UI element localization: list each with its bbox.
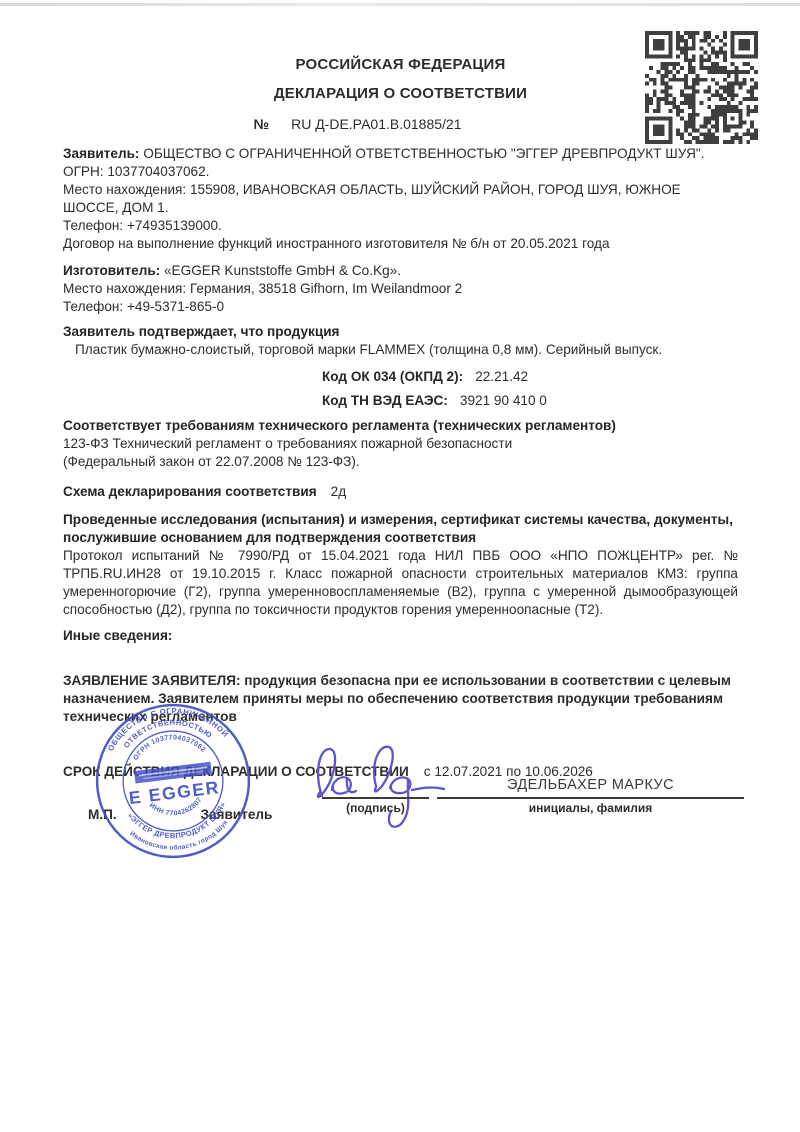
product-description: Пластик бумажно-слоистый, торговой марки… [63, 342, 662, 357]
scheme-value: 2д [331, 484, 347, 499]
evidence-block: Проведенные исследования (испытания) и и… [63, 511, 738, 619]
okpd-code-line: Код ОК 034 (ОКПД 2):22.21.42 [322, 365, 738, 389]
applicant-name: ОБЩЕСТВО С ОГРАНИЧЕННОЙ ОТВЕТСТВЕННОСТЬЮ… [63, 146, 705, 179]
applicant-label: Заявитель: [63, 146, 139, 161]
codes-block: Код ОК 034 (ОКПД 2):22.21.42 Код ТН ВЭД … [63, 365, 738, 413]
declaration-page: РОССИЙСКАЯ ФЕДЕРАЦИЯ ДЕКЛАРАЦИЯ О СООТВЕ… [0, 0, 800, 1132]
compliance-line1: 123-ФЗ Технический регламент о требовани… [63, 436, 512, 451]
okpd-label: Код ОК 034 (ОКПД 2): [322, 369, 463, 384]
product-block: Заявитель подтверждает, что продукция Пл… [63, 323, 738, 359]
okpd-value: 22.21.42 [475, 369, 528, 384]
compliance-line2: (Федеральный закон от 22.07.2008 № 123-Ф… [63, 454, 360, 469]
signer-name: ЭДЕЛЬБАХЕР МАРКУС [437, 777, 744, 793]
tnved-code-line: Код ТН ВЭД ЕАЭС:3921 90 410 0 [322, 389, 738, 413]
product-confirm-label: Заявитель подтверждает, что продукция [63, 324, 339, 339]
manufacturer-name: «EGGER Kunststoffe GmbH & Co.Kg». [164, 263, 401, 278]
name-line [437, 797, 744, 799]
signature-caption: (подпись) [322, 801, 429, 815]
scheme-block: Схема декларирования соответствия2д [63, 483, 738, 501]
number-sign: № [253, 116, 269, 132]
manufacturer-phone: Телефон: +49-5371-865-0 [63, 299, 224, 314]
applicant-phone: Телефон: +74935139000. [63, 218, 222, 233]
compliance-block: Соответствует требованиям технического р… [63, 417, 738, 471]
compliance-heading: Соответствует требованиям технического р… [63, 418, 616, 433]
company-stamp: ОБЩЕСТВО С ОГРАНИЧЕННОЙ ОТВЕТСТВЕННОСТЬЮ… [85, 693, 261, 869]
manufacturer-block: Изготовитель: «EGGER Kunststoffe GmbH & … [63, 262, 738, 316]
applicant-address: Место нахождения: 155908, ИВАНОВСКАЯ ОБЛ… [63, 182, 681, 215]
signature-line [322, 797, 429, 799]
number-value: RU Д-DE.РА01.В.01885/21 [291, 116, 461, 132]
tnved-label: Код ТН ВЭД ЕАЭС: [322, 393, 448, 408]
other-info-block: Иные сведения: [63, 627, 738, 645]
manufacturer-address: Место нахождения: Германия, 38518 Gifhor… [63, 281, 462, 296]
evidence-body: Протокол испытаний № 7990/РД от 15.04.20… [63, 547, 738, 619]
scheme-label: Схема декларирования соответствия [63, 484, 317, 499]
other-info-label: Иные сведения: [63, 628, 172, 643]
applicant-block: Заявитель: ОБЩЕСТВО С ОГРАНИЧЕННОЙ ОТВЕТ… [63, 145, 738, 253]
declaration-number: №RU Д-DE.РА01.В.01885/21 [20, 116, 695, 132]
name-caption: инициалы, фамилия [437, 801, 744, 815]
tnved-value: 3921 90 410 0 [460, 393, 547, 408]
manufacturer-label: Изготовитель: [63, 263, 160, 278]
country-title: РОССИЙСКАЯ ФЕДЕРАЦИЯ [63, 56, 738, 73]
evidence-heading: Проведенные исследования (испытания) и и… [63, 512, 733, 545]
document-header: РОССИЙСКАЯ ФЕДЕРАЦИЯ ДЕКЛАРАЦИЯ О СООТВЕ… [63, 0, 738, 132]
document-content: РОССИЙСКАЯ ФЕДЕРАЦИЯ ДЕКЛАРАЦИЯ О СООТВЕ… [0, 0, 800, 824]
applicant-contract: Договор на выполнение функций иностранно… [63, 236, 610, 251]
document-title: ДЕКЛАРАЦИЯ О СООТВЕТСТВИИ [63, 85, 738, 102]
